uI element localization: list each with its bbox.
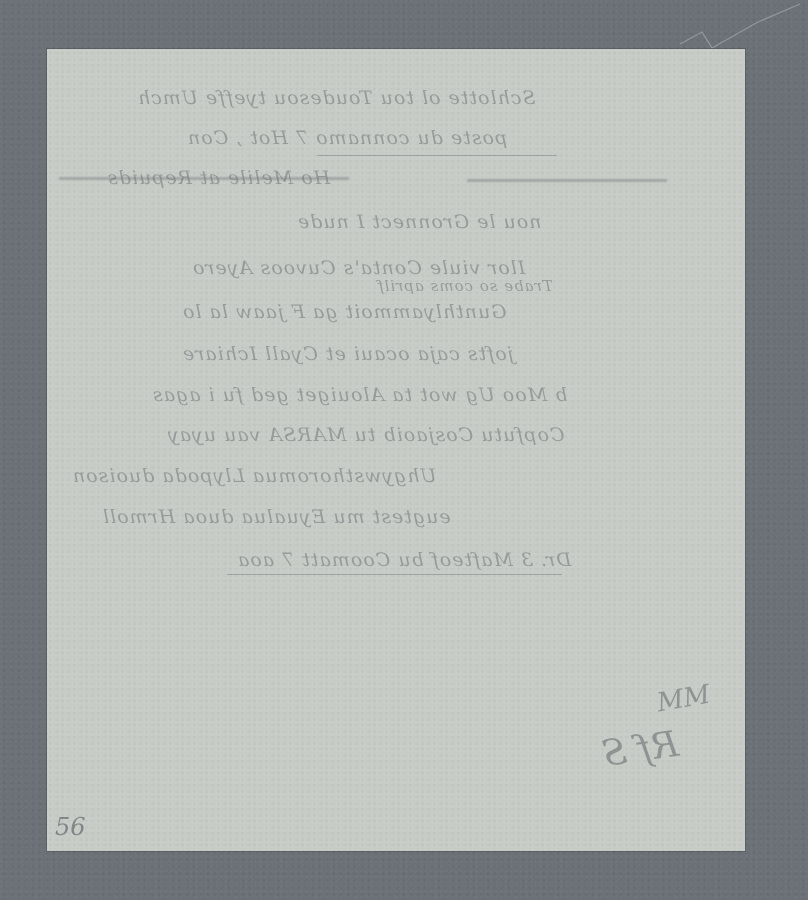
handwritten-line-6: Trabe so coms aprilf <box>377 277 553 295</box>
underline-line-13 <box>227 574 562 575</box>
signature-mark: Rf S <box>600 724 682 775</box>
handwritten-line-1: Schlotte ol tou Toudesou tyeffe Umch <box>137 87 535 109</box>
handwritten-line-7: Gunthlyammoit ga F jaaw la lo <box>182 301 506 323</box>
handwritten-line-11: Uhgywsthoromua Llypoda duoison <box>72 465 437 487</box>
handwritten-line-4: nou le Gronnect I nude <box>297 211 541 233</box>
manuscript-page: Schlotte ol tou Toudesou tyeffe Umch pos… <box>47 49 745 851</box>
strikethrough-line-3b <box>467 179 667 182</box>
handwritten-line-3: Ho Melile at Repuids <box>107 167 330 189</box>
handwritten-line-2: poste du connamo 7 Hot , Con <box>187 127 507 149</box>
handwritten-line-9: b Moo Ug wot ta Alouiget ged fu i agas <box>152 384 567 406</box>
folio-number: 56 <box>55 813 86 841</box>
handwritten-line-12: eugtest mu Eyualua duoa Hrmoll <box>102 506 451 528</box>
handwritten-line-10: Copfutu Cosjaoib tu MARSA vau uyay <box>167 424 565 446</box>
handwritten-line-5: Ilor viule Conta's Cuvoos Ayero <box>192 257 525 279</box>
initials-mark: MM <box>655 680 713 719</box>
underline-line-2 <box>317 155 557 156</box>
handwritten-line-13: Dr. 3 Mafteof bu Coomatt 7 aoa <box>237 549 571 571</box>
handwritten-line-8: jofts caja ocaui et Cyall Ichiare <box>182 343 514 365</box>
